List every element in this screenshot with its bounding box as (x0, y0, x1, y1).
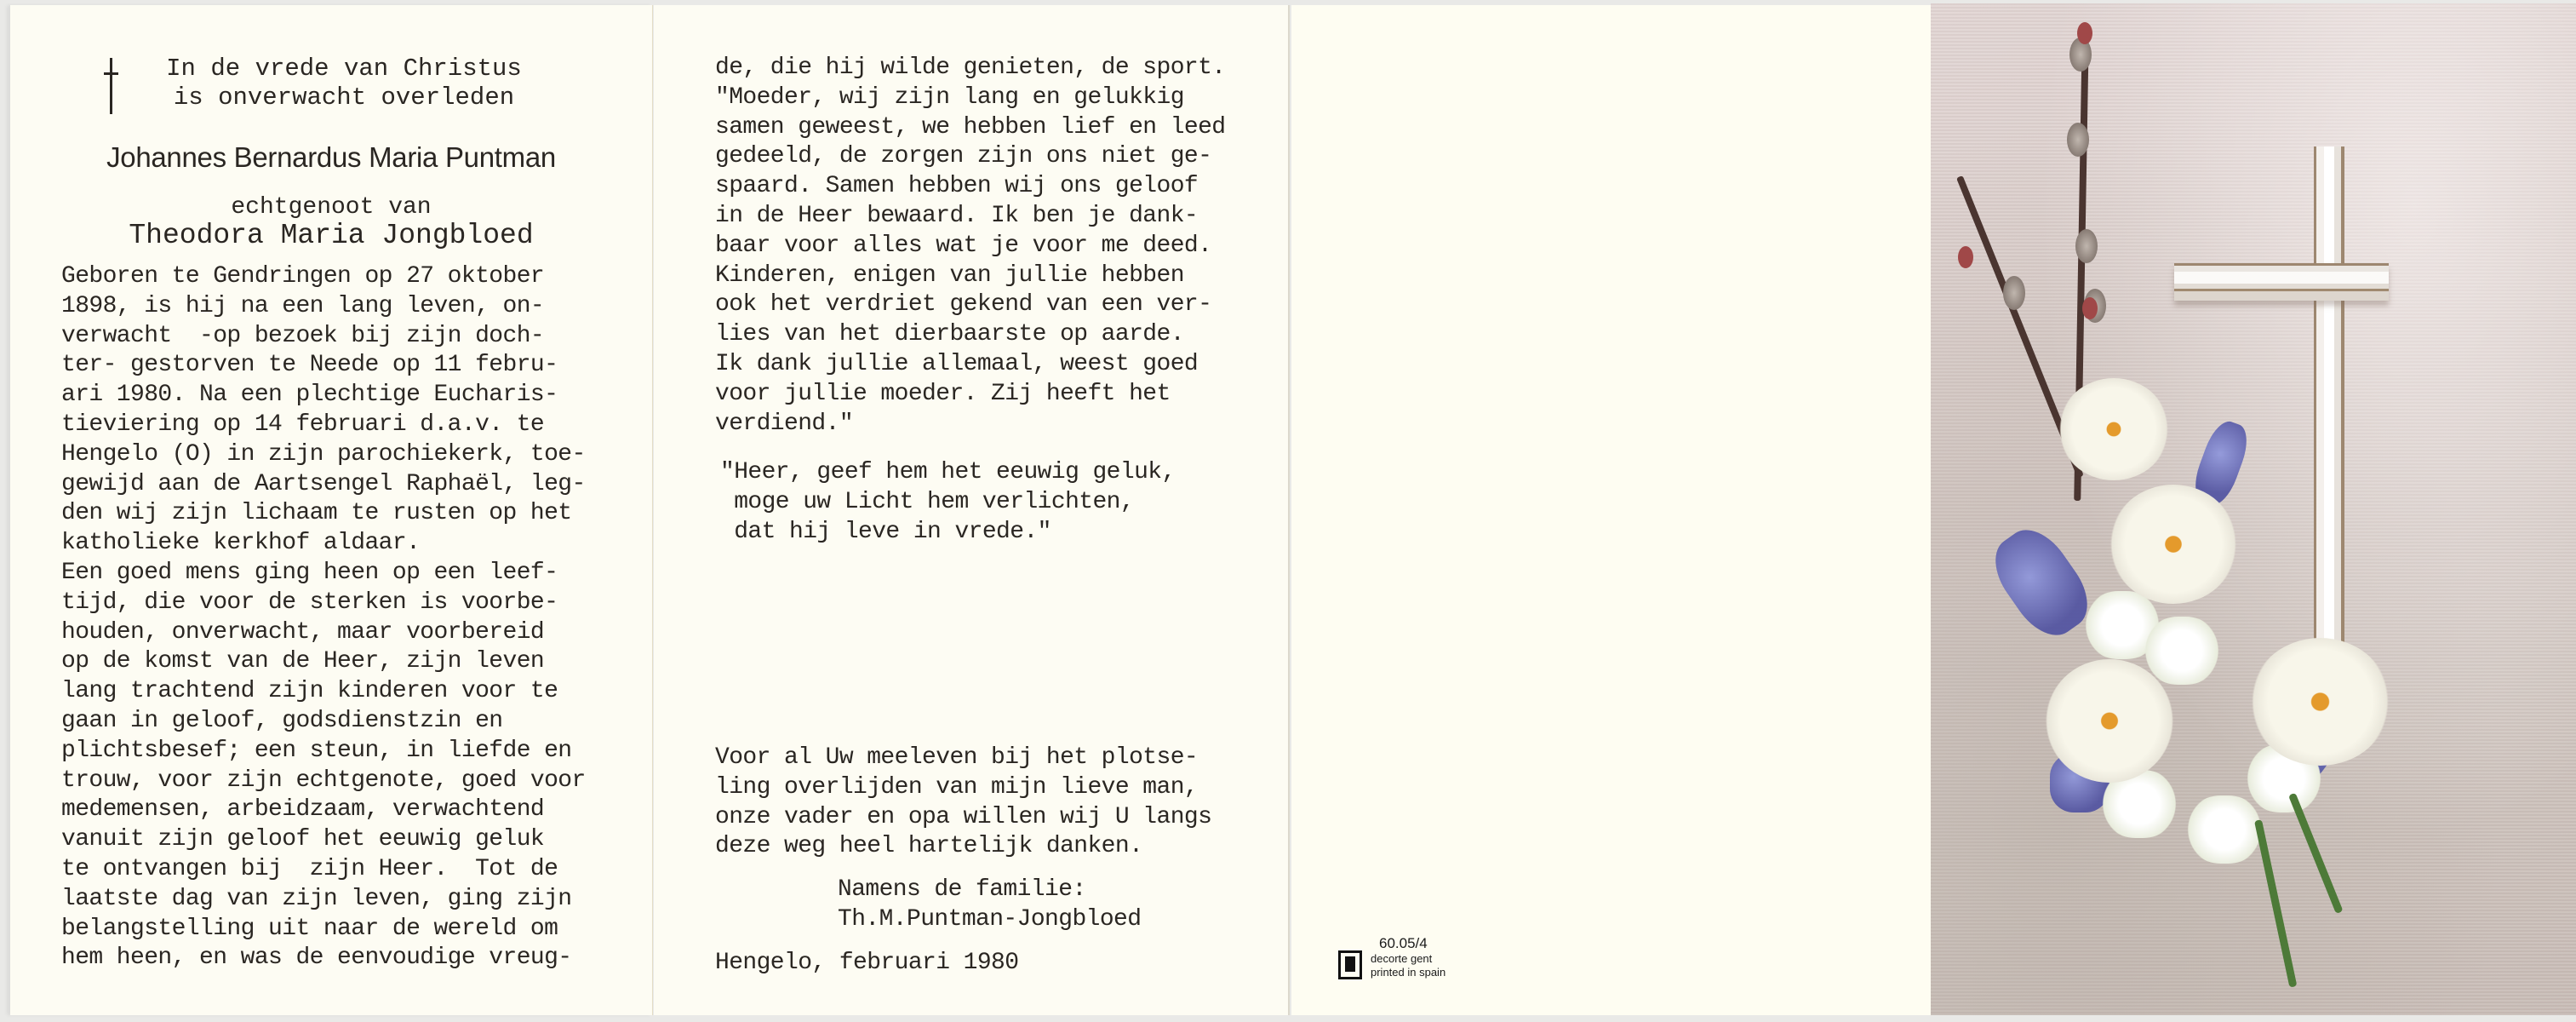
text-line: samen geweest, we hebben lief en leed (715, 113, 1226, 143)
printer-origin: printed in spain (1371, 966, 1445, 979)
text-line: gaan in geloof, godsdienstzin en (61, 707, 586, 737)
text-line: dat hij leve in vrede." (720, 518, 1176, 548)
text-line: lies van het dierbaarste op aarde. (715, 320, 1226, 350)
text-line: "Heer, geef hem het eeuwig geluk, (720, 458, 1176, 488)
catkin (2075, 229, 2098, 263)
text-line: Een goed mens ging heen op een leef- (61, 559, 586, 589)
text-line: verdiend." (715, 410, 1226, 439)
text-line: trouw, voor zijn echtgenote, goed voor (61, 766, 586, 796)
text-line: ter- gestorven te Neede op 11 febru- (61, 351, 586, 381)
text-line: den wij zijn lichaam te rusten op het (61, 499, 586, 529)
text-line: voor jullie moeder. Zij heeft het (715, 380, 1226, 410)
text-line: Ik dank jullie allemaal, weest goed (715, 350, 1226, 380)
text-line: de, die hij wilde genieten, de sport. (715, 54, 1226, 83)
text-line: Th.M.Puntman-Jongbloed (838, 905, 1141, 935)
text-line: laatste dag van zijn leven, ging zijn (61, 885, 586, 915)
text-line: tieviering op 14 februari d.a.v. te (61, 411, 586, 440)
card-panel-blank: 60.05/4 decorte gent printed in spain (1291, 5, 1931, 1015)
text-line: in de Heer bewaard. Ik ben je dank- (715, 202, 1226, 232)
text-line: belangstelling uit naar de wereld om (61, 915, 586, 944)
text-line: spaard. Samen hebben wij ons geloof (715, 172, 1226, 202)
cover-photo (1931, 3, 2576, 1015)
willow-bud (2077, 22, 2092, 44)
spouse-label: echtgenoot van (10, 194, 652, 221)
place-date: Hengelo, februari 1980 (715, 949, 1018, 979)
cross-image-beam (2174, 263, 2389, 301)
text-line: "Moeder, wij zijn lang en gelukkig (715, 83, 1226, 113)
text-line: gewijd aan de Aartsengel Raphaël, leg- (61, 470, 586, 500)
text-line: Geboren te Gendringen op 27 oktober (61, 262, 586, 292)
primrose (2058, 378, 2169, 480)
text-line: moge uw Licht hem verlichten, (720, 488, 1176, 518)
text-line: ook het verdriet gekend van een ver- (715, 290, 1226, 320)
card-panel-message: de, die hij wilde genieten, de sport."Mo… (654, 5, 1290, 1015)
text-line: Namens de familie: (838, 876, 1141, 905)
text-line: hem heen, en was de eenvoudige vreug- (61, 944, 586, 973)
spouse-name: Theodora Maria Jongbloed (10, 220, 652, 251)
printer-code: 60.05/4 (1379, 935, 1428, 952)
flower-stem (2254, 819, 2297, 988)
text-line: deze weg heel hartelijk danken. (715, 832, 1211, 862)
primrose (2046, 659, 2173, 783)
text-line: houden, onverwacht, maar voorbereid (61, 618, 586, 648)
catkin (2067, 123, 2089, 157)
text-line: Voor al Uw meeleven bij het plotse- (715, 744, 1211, 773)
primrose (2109, 485, 2237, 604)
message-text: de, die hij wilde genieten, de sport."Mo… (715, 54, 1226, 439)
text-line: ling overlijden van mijn lieve man, (715, 773, 1211, 803)
text-line: lang trachtend zijn kinderen voor te (61, 677, 586, 707)
text-line: op de komst van de Heer, zijn leven (61, 647, 586, 677)
decorte-logo-icon (1338, 950, 1362, 979)
biography-text: Geboren te Gendringen op 27 oktober1898,… (61, 262, 586, 973)
flower-stem (2288, 793, 2344, 914)
deceased-name: Johannes Bernardus Maria Puntman (10, 141, 652, 174)
text-line: Hengelo (O) in zijn parochiekerk, toe- (61, 440, 586, 470)
text-line: vanuit zijn geloof het eeuwig geluk (61, 825, 586, 855)
printer-name: decorte gent (1371, 952, 1432, 965)
header-line: In de vrede van Christus (36, 55, 652, 83)
text-line: verwacht -op bezoek bij zijn doch- (61, 322, 586, 352)
catkin (2003, 276, 2025, 310)
signature: Namens de familie:Th.M.Puntman-Jongbloed (838, 876, 1141, 935)
text-line: Kinderen, enigen van jullie hebben (715, 261, 1226, 291)
text-line: katholieke kerkhof aldaar. (61, 529, 586, 559)
text-line: tijd, die voor de sterken is voorbe- (61, 589, 586, 618)
prayer-text: "Heer, geef hem het eeuwig geluk, moge u… (720, 458, 1176, 547)
cross-image (2314, 146, 2344, 657)
text-line: te ontvangen bij zijn Heer. Tot de (61, 855, 586, 885)
lilac (2186, 795, 2263, 864)
thanks-text: Voor al Uw meeleven bij het plotse-ling … (715, 744, 1211, 862)
primrose (2250, 638, 2390, 766)
text-line: baar voor alles wat je voor me deed. (715, 232, 1226, 261)
text-line: 1898, is hij na een lang leven, on- (61, 292, 586, 322)
header-text: In de vrede van Christus is onverwacht o… (10, 55, 652, 112)
header-line: is onverwacht overleden (36, 83, 652, 112)
text-line: onze vader en opa willen wij U langs (715, 803, 1211, 833)
text-line: ari 1980. Na een plechtige Eucharis- (61, 381, 586, 411)
card-panel-obituary: In de vrede van Christus is onverwacht o… (10, 5, 653, 1015)
lilac (2144, 617, 2220, 685)
text-line: gedeeld, de zorgen zijn ons niet ge- (715, 142, 1226, 172)
willow-bud (2082, 297, 2098, 319)
willow-bud (1958, 246, 1973, 268)
text-line: medemensen, arbeidzaam, verwachtend (61, 795, 586, 825)
text-line: plichtsbesef; een steun, in liefde en (61, 737, 586, 766)
